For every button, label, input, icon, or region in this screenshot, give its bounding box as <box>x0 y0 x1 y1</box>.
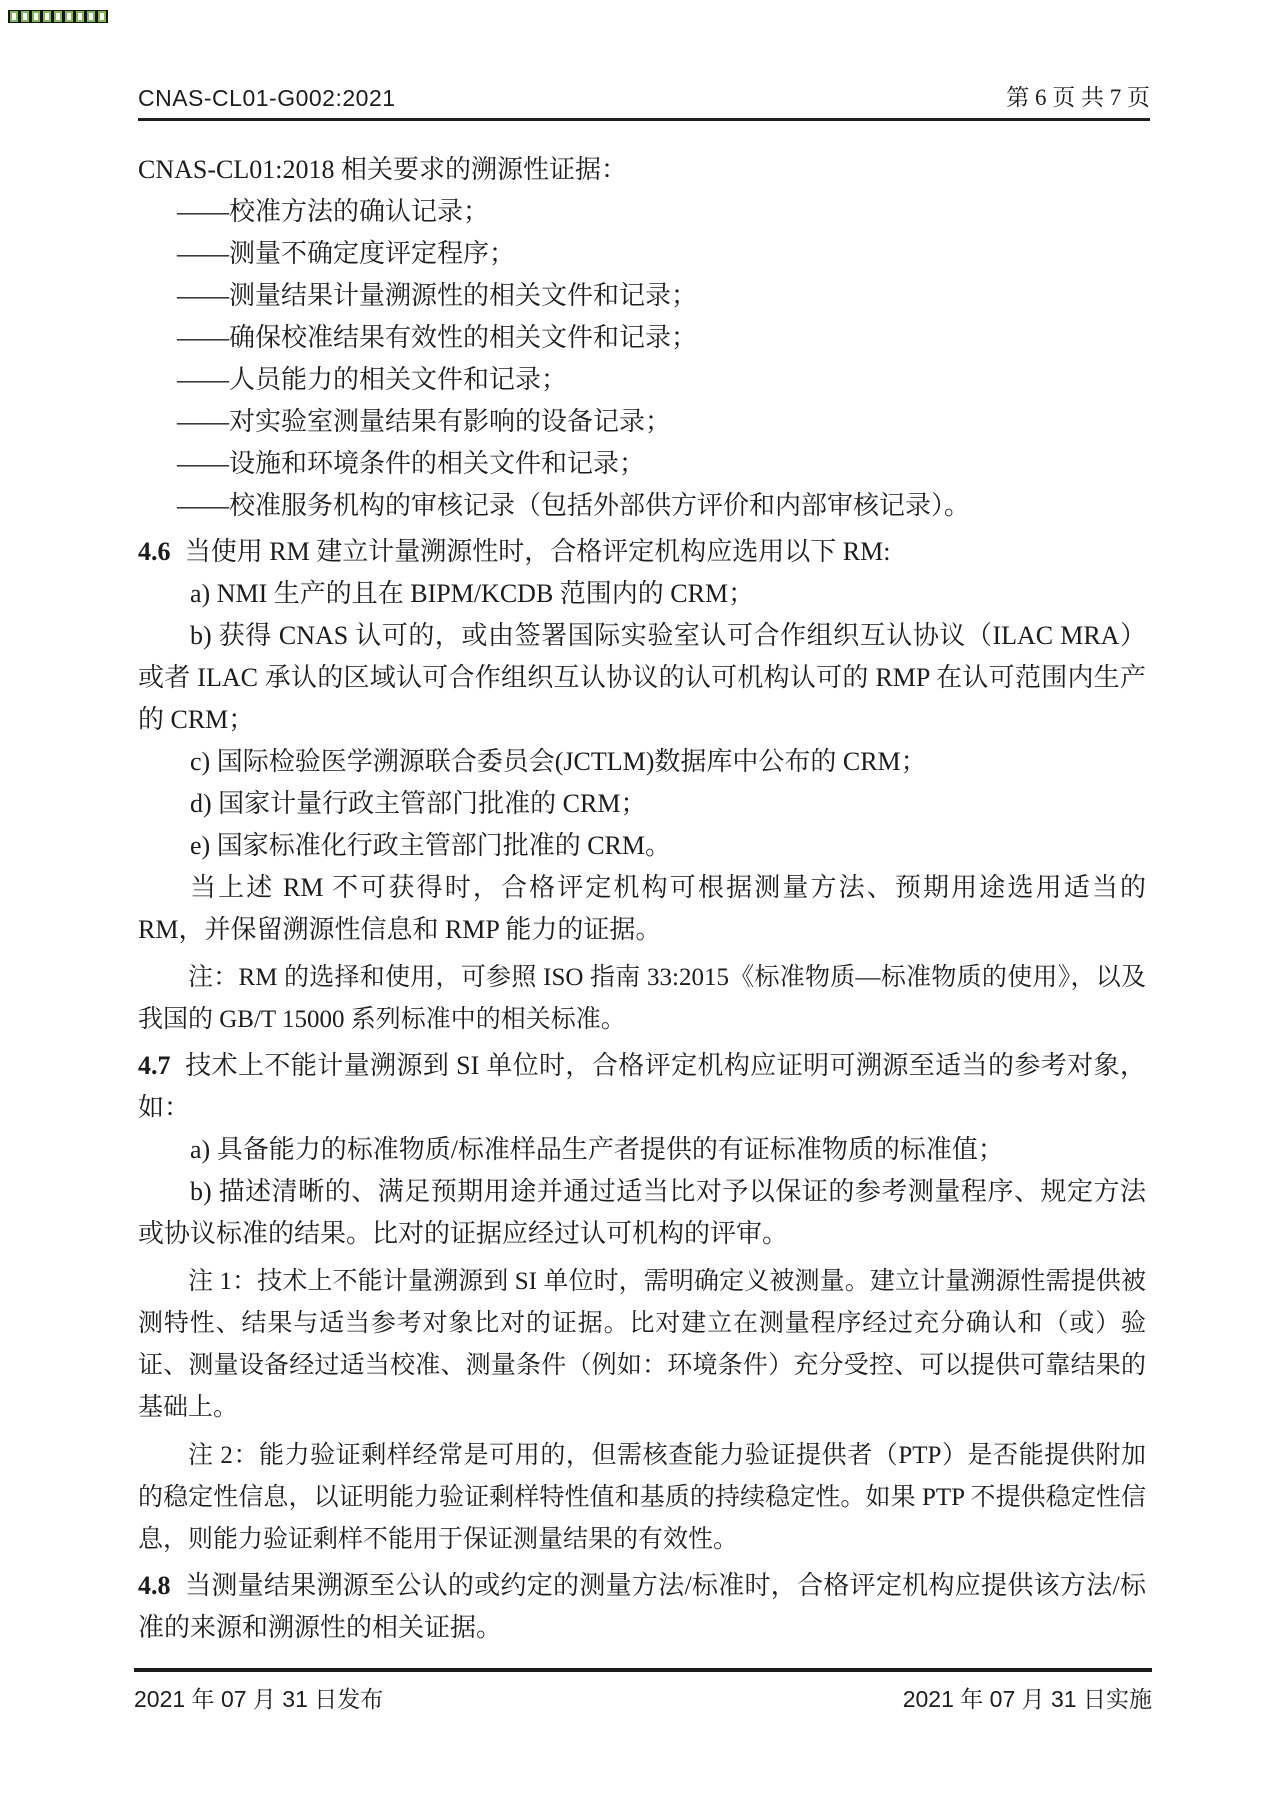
color-strip-cell <box>10 11 18 22</box>
list-item-b-4-7: b) 描述清晰的、满足预期用途并通过适当比对予以保证的参考测量程序、规定方法或协… <box>138 1171 1146 1255</box>
document-code: CNAS-CL01-G002:2021 <box>138 84 396 112</box>
dash-item-1: ——校准方法的确认记录； <box>138 191 1146 233</box>
dash-item-7: ——设施和环境条件的相关文件和记录； <box>138 443 1146 485</box>
clause-text: 技术上不能计量溯源到 SI 单位时，合格评定机构应证明可溯源至适当的参考对象，如… <box>138 1051 1146 1122</box>
color-strip-cell <box>32 11 40 22</box>
list-item-b-4-6: b) 获得 CNAS 认可的，或由签署国际实验室认可合作组织互认协议（ILAC … <box>138 615 1146 741</box>
paragraph-rm-unavailable: 当上述 RM 不可获得时，合格评定机构可根据测量方法、预期用途选用适当的 RM，… <box>138 867 1146 951</box>
dash-item-8: ——校准服务机构的审核记录（包括外部供方评价和内部审核记录）。 <box>138 485 1146 527</box>
clause-4-8: 4.8当测量结果溯源至公认的或约定的测量方法/标准时，合格评定机构应提供该方法/… <box>138 1565 1146 1649</box>
page-number-info: 第 6 页 共 7 页 <box>1006 84 1150 112</box>
dash-item-5: ——人员能力的相关文件和记录； <box>138 359 1146 401</box>
clause-4-7: 4.7技术上不能计量溯源到 SI 单位时，合格评定机构应证明可溯源至适当的参考对… <box>138 1045 1146 1129</box>
implement-date: 2021 年 07 月 31 日实施 <box>903 1681 1152 1714</box>
page-header: CNAS-CL01-G002:2021 第 6 页 共 7 页 <box>138 84 1150 121</box>
list-item-c-4-6: c) 国际检验医学溯源联合委员会(JCTLM)数据库中公布的 CRM； <box>138 741 1146 783</box>
clause-text: 当测量结果溯源至公认的或约定的测量方法/标准时，合格评定机构应提供该方法/标准的… <box>138 1571 1146 1642</box>
note-2: 注 2：能力验证剩样经常是可用的，但需核查能力验证提供者（PTP）是否能提供附加… <box>138 1435 1146 1561</box>
clause-number: 4.6 <box>138 537 171 566</box>
list-item-a-4-7: a) 具备能力的标准物质/标准样品生产者提供的有证标准物质的标准值； <box>138 1129 1146 1171</box>
color-strip-cell <box>98 11 106 22</box>
list-item-e-4-6: e) 国家标准化行政主管部门批准的 CRM。 <box>138 825 1146 867</box>
page-footer: 2021 年 07 月 31 日发布 2021 年 07 月 31 日实施 <box>134 1668 1152 1714</box>
document-body: CNAS-CL01:2018 相关要求的溯源性证据： ——校准方法的确认记录； … <box>138 149 1146 1649</box>
color-strip-cell <box>43 11 51 22</box>
dash-item-3: ——测量结果计量溯源性的相关文件和记录； <box>138 275 1146 317</box>
color-strip-cell <box>21 11 29 22</box>
paragraph-continuation: CNAS-CL01:2018 相关要求的溯源性证据： <box>138 149 1146 191</box>
clause-text: 当使用 RM 建立计量溯源性时，合格评定机构应选用以下 RM: <box>185 537 891 566</box>
color-strip-cell <box>54 11 62 22</box>
clause-number: 4.7 <box>138 1051 171 1080</box>
note-1: 注 1：技术上不能计量溯源到 SI 单位时，需明确定义被测量。建立计量溯源性需提… <box>138 1261 1146 1429</box>
clause-number: 4.8 <box>138 1571 171 1600</box>
clause-4-6: 4.6当使用 RM 建立计量溯源性时，合格评定机构应选用以下 RM: <box>138 531 1146 573</box>
color-strip-cell <box>76 11 84 22</box>
note-rm-selection: 注：RM 的选择和使用，可参照 ISO 指南 33:2015《标准物质—标准物质… <box>138 957 1146 1041</box>
scanner-color-strip-icon <box>8 10 108 23</box>
dash-item-6: ——对实验室测量结果有影响的设备记录； <box>138 401 1146 443</box>
release-date: 2021 年 07 月 31 日发布 <box>134 1681 383 1714</box>
document-page: CNAS-CL01-G002:2021 第 6 页 共 7 页 CNAS-CL0… <box>0 0 1280 1810</box>
color-strip-cell <box>87 11 95 22</box>
list-item-d-4-6: d) 国家计量行政主管部门批准的 CRM； <box>138 783 1146 825</box>
color-strip-cell <box>65 11 73 22</box>
dash-item-2: ——测量不确定度评定程序； <box>138 233 1146 275</box>
list-item-a-4-6: a) NMI 生产的且在 BIPM/KCDB 范围内的 CRM； <box>138 573 1146 615</box>
dash-item-4: ——确保校准结果有效性的相关文件和记录； <box>138 317 1146 359</box>
